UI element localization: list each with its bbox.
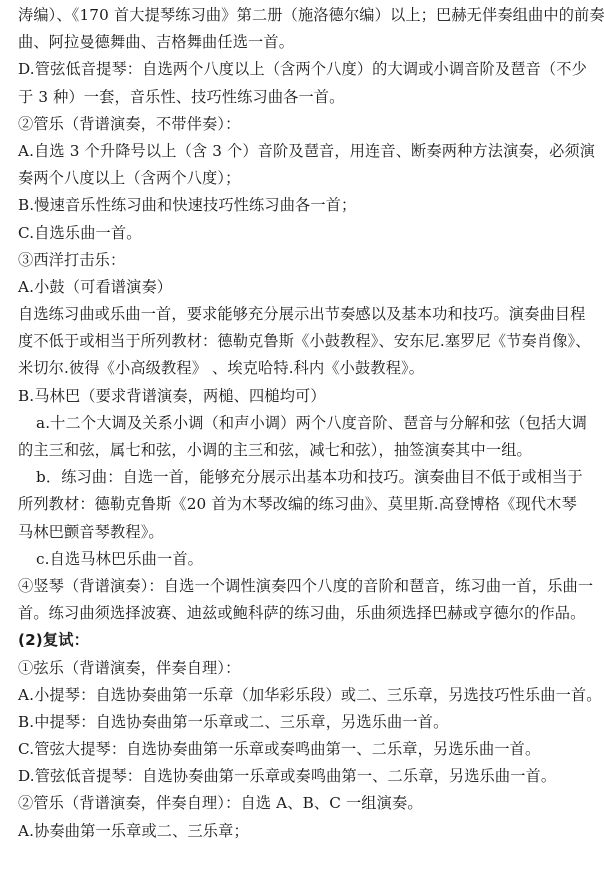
text-line: c.自选马林巴乐曲一首。 <box>18 546 590 573</box>
section-heading-retest: (2)复试： <box>18 627 590 654</box>
text-line: C.自选乐曲一首。 <box>18 220 590 247</box>
section-heading-wind-retest: ②管乐（背谱演奏，伴奏自理）：自选 A、B、C 一组演奏。 <box>18 790 590 817</box>
text-line: D.管弦低音提琴：自选协奏曲第一乐章或奏鸣曲第一、二乐章，另选乐曲一首。 <box>18 763 590 790</box>
text-line: 首。练习曲须选择波赛、迪兹或鲍科萨的练习曲，乐曲须选择巴赫或亨德尔的作品。 <box>18 600 590 627</box>
text-line: B.慢速音乐性练习曲和快速技巧性练习曲各一首； <box>18 192 590 219</box>
text-line: 涛编）、《170 首大提琴练习曲》第二册（施洛德尔编）以上；巴赫无伴奏组曲中的前… <box>18 2 590 29</box>
text-line: B.中提琴：自选协奏曲第一乐章或二、三乐章，另选乐曲一首。 <box>18 709 590 736</box>
section-heading-wind: ②管乐（背谱演奏，不带伴奏）： <box>18 111 590 138</box>
text-line: A.自选 3 个升降号以上（含 3 个）音阶及琶音，用连音、断奏两种方法演奏，必… <box>18 138 590 165</box>
section-heading-strings: ①弦乐（背谱演奏，伴奏自理）： <box>18 655 590 682</box>
text-line: A.协奏曲第一乐章或二、三乐章； <box>18 818 590 845</box>
text-line: b．练习曲：自选一首，能够充分展示出基本功和技巧。演奏曲目不低于或相当于 <box>18 464 590 491</box>
text-line: 的主三和弦，属七和弦，小调的主三和弦，减七和弦），抽签演奏其中一组。 <box>18 437 590 464</box>
text-line: A.小提琴：自选协奏曲第一乐章（加华彩乐段）或二、三乐章，另选技巧性乐曲一首。 <box>18 682 590 709</box>
text-line: 度不低于或相当于所列教材：德勒克鲁斯《小鼓教程》、安东尼.塞罗尼《节奏肖像》、 <box>18 328 590 355</box>
text-line: 所列教材：德勒克鲁斯《20 首为木琴改编的练习曲》、莫里斯.高登博格《现代木琴 <box>18 491 590 518</box>
text-line: a.十二个大调及关系小调（和声小调）两个八度音阶、琶音与分解和弦（包括大调 <box>18 410 590 437</box>
text-line: A.小鼓（可看谱演奏） <box>18 274 590 301</box>
text-line: 米切尔.彼得《小高级教程》 、埃克哈特.科内《小鼓教程》。 <box>18 355 590 382</box>
text-line: 于 3 种）一套，音乐性、技巧性练习曲各一首。 <box>18 84 590 111</box>
text-line: 曲、阿拉曼德舞曲、吉格舞曲任选一首。 <box>18 29 590 56</box>
text-line: 自选练习曲或乐曲一首，要求能够充分展示出节奏感以及基本功和技巧。演奏曲目程 <box>18 301 590 328</box>
text-line: D.管弦低音提琴：自选两个八度以上（含两个八度）的大调或小调音阶及琶音（不少 <box>18 56 590 83</box>
text-line: 奏两个八度以上（含两个八度）； <box>18 165 590 192</box>
text-line: B.马林巴（要求背谱演奏，两槌、四槌均可） <box>18 383 590 410</box>
section-heading-percussion: ③西洋打击乐： <box>18 247 590 274</box>
section-heading-harp: ④竖琴（背谱演奏）：自选一个调性演奏四个八度的音阶和琶音，练习曲一首，乐曲一 <box>18 573 590 600</box>
text-line: 马林巴颤音琴教程》。 <box>18 519 590 546</box>
document-page: 涛编）、《170 首大提琴练习曲》第二册（施洛德尔编）以上；巴赫无伴奏组曲中的前… <box>0 0 604 845</box>
text-line: C.管弦大提琴：自选协奏曲第一乐章或奏鸣曲第一、二乐章，另选乐曲一首。 <box>18 736 590 763</box>
